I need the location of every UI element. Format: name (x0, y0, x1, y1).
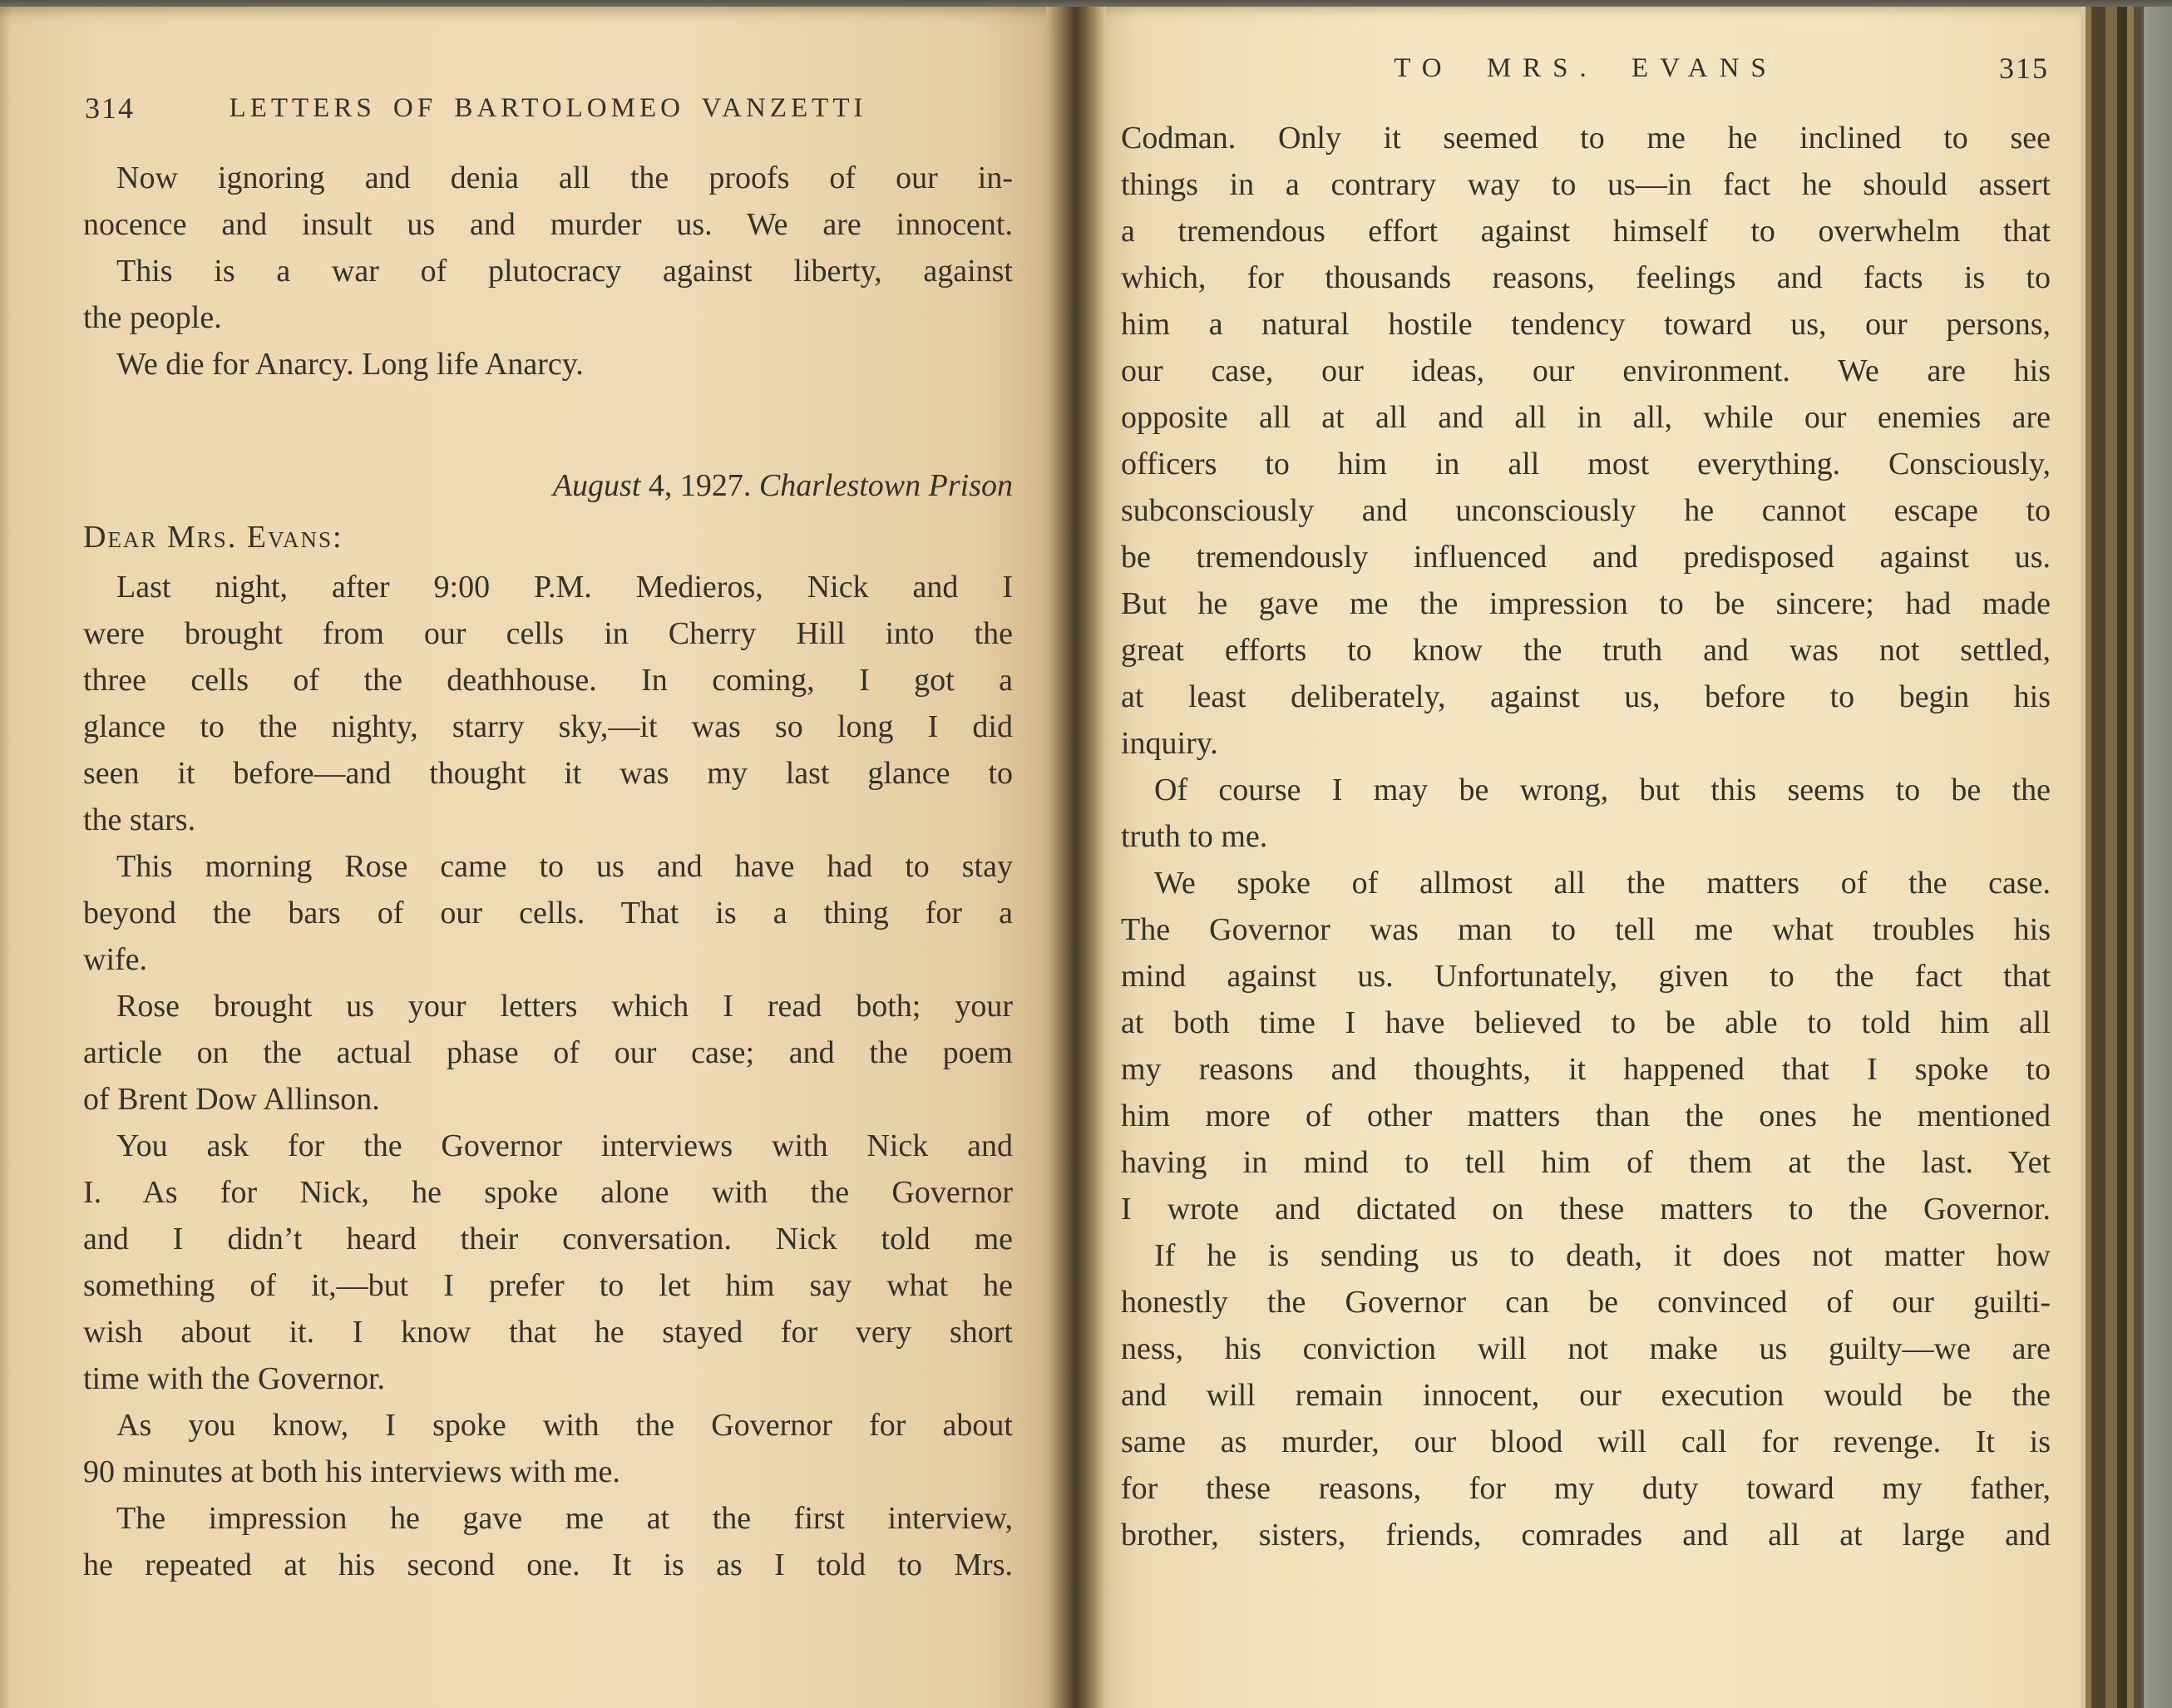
text-line: great efforts to know the truth and was … (1121, 627, 2051, 674)
paragraph: This morning Rose came to us and have ha… (83, 843, 1013, 983)
text-line: time with the Governor. (83, 1355, 1013, 1402)
left-page-front-text: Now ignoring and denia all the proofs of… (83, 155, 1013, 388)
text-line: him more of other matters than the ones … (1121, 1093, 2051, 1139)
text-line: Codman. Only it seemed to me he inclined… (1121, 115, 2051, 161)
letter-salutation: Dear Mrs. Evans: (83, 514, 1013, 560)
book-spread: 314 LETTERS OF BARTOLOMEO VANZETTI Now i… (0, 0, 2172, 1708)
text-line: nocence and insult us and murder us. We … (83, 201, 1013, 248)
scan-top-edge (0, 0, 2172, 7)
paragraph: Now ignoring and denia all the proofs of… (83, 155, 1013, 248)
text-line: This is a war of plutocracy against libe… (83, 248, 1013, 294)
paragraph: You ask for the Governor interviews with… (83, 1123, 1013, 1402)
text-line: wish about it. I know that he stayed for… (83, 1309, 1013, 1355)
text-line: the stars. (83, 797, 1013, 843)
paragraph: Last night, after 9:00 P.M. Medieros, Ni… (83, 564, 1013, 843)
paragraph: We spoke of allmost all the matters of t… (1121, 860, 2051, 1232)
text-line: three cells of the deathhouse. In coming… (83, 657, 1013, 703)
text-line: of Brent Dow Allinson. (83, 1076, 1013, 1123)
text-line: things in a contrary way to us—in fact h… (1121, 161, 2051, 208)
text-line: mind against us. Unfortunately, given to… (1121, 953, 2051, 1000)
text-line: our case, our ideas, our environment. We… (1121, 348, 2051, 394)
right-page-content: TO MRS. EVANS 315 Codman. Only it seemed… (1106, 7, 2081, 1558)
book-cover-edge (2140, 0, 2172, 1708)
text-line: a tremendous effort against himself to o… (1121, 208, 2051, 254)
text-line: Last night, after 9:00 P.M. Medieros, Ni… (83, 564, 1013, 610)
text-line: If he is sending us to death, it does no… (1121, 1232, 2051, 1279)
text-line: for these reasons, for my duty toward my… (1121, 1465, 2051, 1512)
text-line: article on the actual phase of our case;… (83, 1029, 1013, 1076)
text-line: You ask for the Governor interviews with… (83, 1123, 1013, 1169)
right-page-text: Codman. Only it seemed to me he inclined… (1121, 115, 2051, 1558)
paragraph: As you know, I spoke with the Governor f… (83, 1402, 1013, 1495)
text-line: brother, sisters, friends, comrades and … (1121, 1512, 2051, 1558)
paragraph: If he is sending us to death, it does no… (1121, 1232, 2051, 1558)
text-line: truth to me. (1121, 813, 2051, 860)
text-line: inquiry. (1121, 720, 2051, 767)
left-running-title: LETTERS OF BARTOLOMEO VANZETTI (83, 90, 1013, 126)
text-line: were brought from our cells in Cherry Hi… (83, 610, 1013, 657)
dateline-italic-segment: August (553, 468, 641, 503)
text-line: This morning Rose came to us and have ha… (83, 843, 1013, 890)
text-line: at both time I have believed to be able … (1121, 1000, 2051, 1046)
text-line: As you know, I spoke with the Governor f… (83, 1402, 1013, 1449)
text-line: he repeated at his second one. It is as … (83, 1542, 1013, 1588)
dateline-italic-segment: Charlestown Prison (759, 468, 1013, 503)
text-line: something of it,—but I prefer to let him… (83, 1262, 1013, 1309)
paragraph: Codman. Only it seemed to me he inclined… (1121, 115, 2051, 767)
left-running-header: 314 LETTERS OF BARTOLOMEO VANZETTI (83, 90, 1013, 126)
text-line: We die for Anarcy. Long life Anarcy. (83, 341, 1013, 388)
left-page-letter-text: Last night, after 9:00 P.M. Medieros, Ni… (83, 564, 1013, 1588)
text-line: and will remain innocent, our execution … (1121, 1372, 2051, 1419)
text-line: the people. (83, 294, 1013, 341)
text-line: honestly the Governor can be convinced o… (1121, 1279, 2051, 1325)
text-line: We spoke of allmost all the matters of t… (1121, 860, 2051, 906)
text-line: The Governor was man to tell me what tro… (1121, 906, 2051, 953)
letter-dateline: August 4, 1927. Charlestown Prison (83, 462, 1013, 509)
text-line: wife. (83, 936, 1013, 983)
text-line: Now ignoring and denia all the proofs of… (83, 155, 1013, 201)
text-line: I. As for Nick, he spoke alone with the … (83, 1169, 1013, 1216)
text-line: at least deliberately, against us, befor… (1121, 674, 2051, 720)
text-line: The impression he gave me at the first i… (83, 1495, 1013, 1542)
text-line: glance to the nighty, starry sky,—it was… (83, 703, 1013, 750)
text-line: ness, his conviction will not make us gu… (1121, 1325, 2051, 1372)
text-line: seen it before—and thought it was my las… (83, 750, 1013, 797)
left-page: 314 LETTERS OF BARTOLOMEO VANZETTI Now i… (0, 7, 1046, 1708)
left-page-content: 314 LETTERS OF BARTOLOMEO VANZETTI Now i… (0, 7, 1046, 1588)
text-line: subconsciously and unconsciously he cann… (1121, 487, 2051, 534)
text-line: I wrote and dictated on these matters to… (1121, 1186, 2051, 1232)
text-line: officers to him in all most everything. … (1121, 441, 2051, 487)
text-line: and I didn’t heard their conversation. N… (83, 1216, 1013, 1262)
paragraph: Of course I may be wrong, but this seems… (1121, 767, 2051, 860)
text-line: having in mind to tell him of them at th… (1121, 1139, 2051, 1186)
text-line: Of course I may be wrong, but this seems… (1121, 767, 2051, 813)
page-edges-stack (2081, 0, 2140, 1708)
paragraph: We die for Anarcy. Long life Anarcy. (83, 341, 1013, 388)
dateline-roman-segment: 4, 1927. (640, 468, 759, 503)
right-page-number: 315 (1999, 50, 2049, 86)
right-running-header: TO MRS. EVANS 315 (1121, 50, 2051, 86)
text-line: same as murder, our blood will call for … (1121, 1419, 2051, 1465)
text-line: him a natural hostile tendency toward us… (1121, 301, 2051, 348)
text-line: which, for thousands reasons, feelings a… (1121, 254, 2051, 301)
text-line: 90 minutes at both his interviews with m… (83, 1449, 1013, 1495)
text-line: But he gave me the impression to be sinc… (1121, 580, 2051, 627)
paragraph: The impression he gave me at the first i… (83, 1495, 1013, 1588)
text-line: opposite all at all and all in all, whil… (1121, 394, 2051, 441)
text-line: my reasons and thoughts, it happened tha… (1121, 1046, 2051, 1093)
right-running-title: TO MRS. EVANS (1121, 50, 2051, 86)
text-line: be tremendously influenced and predispos… (1121, 534, 2051, 580)
text-line: beyond the bars of our cells. That is a … (83, 890, 1013, 936)
text-line: Rose brought us your letters which I rea… (83, 983, 1013, 1029)
book-gutter (1046, 7, 1106, 1708)
left-page-number: 314 (85, 90, 135, 126)
right-page: TO MRS. EVANS 315 Codman. Only it seemed… (1106, 7, 2081, 1708)
paragraph: This is a war of plutocracy against libe… (83, 248, 1013, 341)
paragraph: Rose brought us your letters which I rea… (83, 983, 1013, 1123)
